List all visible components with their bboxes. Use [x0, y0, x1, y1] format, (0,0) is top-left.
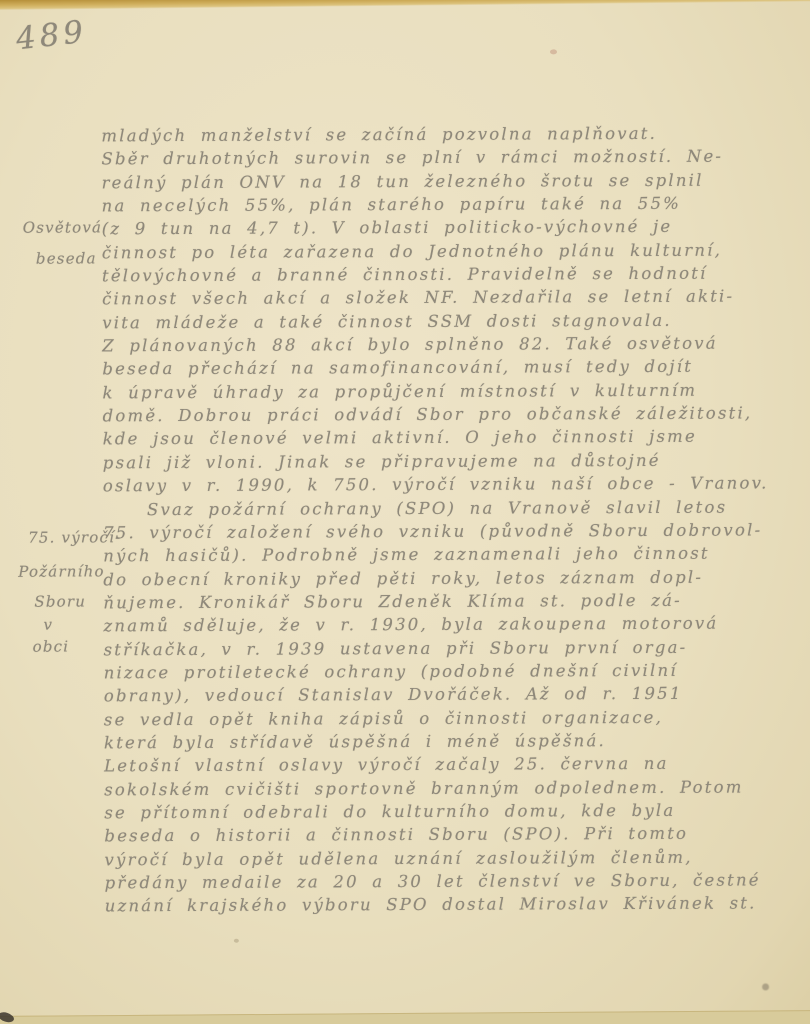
body-line: výročí byla opět udělena uznání zaslouži… — [104, 845, 794, 871]
body-line: činnost po léta zařazena do Jednotného p… — [102, 238, 792, 264]
body-line: činnost všech akcí a složek NF. Nezdařil… — [102, 285, 792, 311]
body-line: ných hasičů). Podrobně jsme zaznamenali … — [103, 541, 793, 567]
body-line: oslavy v r. 1990, k 750. výročí vzniku n… — [103, 471, 793, 497]
body-line: tělovýchovné a branné činnosti. Pravidel… — [102, 261, 792, 287]
body-line: beseda o historii a činnosti Sboru (SPO)… — [104, 822, 794, 848]
body-line: se vedla opět kniha zápisů o činnosti or… — [104, 705, 794, 731]
body-line: (z 9 tun na 4,7 t). V oblasti politicko-… — [102, 215, 792, 241]
body-line: sokolském cvičišti sportovně branným odp… — [104, 775, 794, 801]
body-line: do obecní kroniky před pěti roky, letos … — [103, 565, 793, 591]
paper-speck — [550, 49, 557, 54]
body-line: znamů sděluje, že v r. 1930, byla zakoup… — [103, 612, 793, 638]
body-line: se přítomní odebrali do kulturního domu,… — [104, 798, 794, 824]
body-line: Letošní vlastní oslavy výročí začaly 25.… — [104, 752, 794, 778]
body-line: která byla střídavě úspěšná i méně úspěš… — [104, 728, 794, 754]
chronicle-page-scan: 489 Osvětová beseda 75. výročí- Požárníh… — [0, 0, 810, 1024]
body-line: ňujeme. Kronikář Sboru Zdeněk Klíma st. … — [103, 588, 793, 614]
margin-note-line: Osvětová — [23, 217, 103, 238]
body-line: Z plánovaných 88 akcí bylo splněno 82. T… — [102, 331, 792, 357]
page-bottom-edge — [0, 1010, 810, 1024]
body-line: psali již vloni. Jinak se připravujeme n… — [103, 448, 793, 474]
page-number: 489 — [14, 14, 89, 58]
body-line: Svaz požární ochrany (SPO) na Vranově sl… — [103, 495, 793, 521]
handwritten-body: mladých manželství se začíná pozvolna na… — [101, 121, 794, 918]
paper-speck — [762, 983, 769, 990]
body-line: reálný plán ONV na 18 tun železného šrot… — [102, 168, 792, 194]
page-top-edge — [0, 0, 810, 10]
body-line: předány medaile za 20 a 30 let členství … — [105, 868, 795, 894]
margin-note-line: beseda — [36, 248, 103, 269]
body-line: nizace protiletecké ochrany (podobné dne… — [104, 658, 794, 684]
body-line: domě. Dobrou práci odvádí Sbor pro občan… — [103, 401, 793, 427]
body-line: 75. výročí založení svého vzniku (původn… — [103, 518, 793, 544]
margin-note-osvetova-beseda: Osvětová beseda — [23, 217, 103, 269]
body-line: kde jsou členové velmi aktivní. O jeho č… — [103, 425, 793, 451]
body-line: obrany), vedoucí Stanislav Dvořáček. Až … — [104, 682, 794, 708]
body-line: Sběr druhotných surovin se plní v rámci … — [101, 145, 791, 171]
body-line: k úpravě úhrady za propůjčení místností … — [102, 378, 792, 404]
paper-speck — [234, 939, 239, 943]
body-line: na necelých 55%, plán starého papíru tak… — [102, 191, 792, 217]
body-line: mladých manželství se začíná pozvolna na… — [101, 121, 791, 147]
page-content: 489 Osvětová beseda 75. výročí- Požárníh… — [0, 0, 810, 1024]
body-line: stříkačka, v r. 1939 ustavena při Sboru … — [104, 635, 794, 661]
body-line: beseda přechází na samofinancování, musí… — [102, 355, 792, 381]
body-line: vita mládeže a také činnost SSM dosti st… — [102, 308, 792, 334]
body-line: uznání krajského výboru SPO dostal Miros… — [105, 892, 795, 918]
